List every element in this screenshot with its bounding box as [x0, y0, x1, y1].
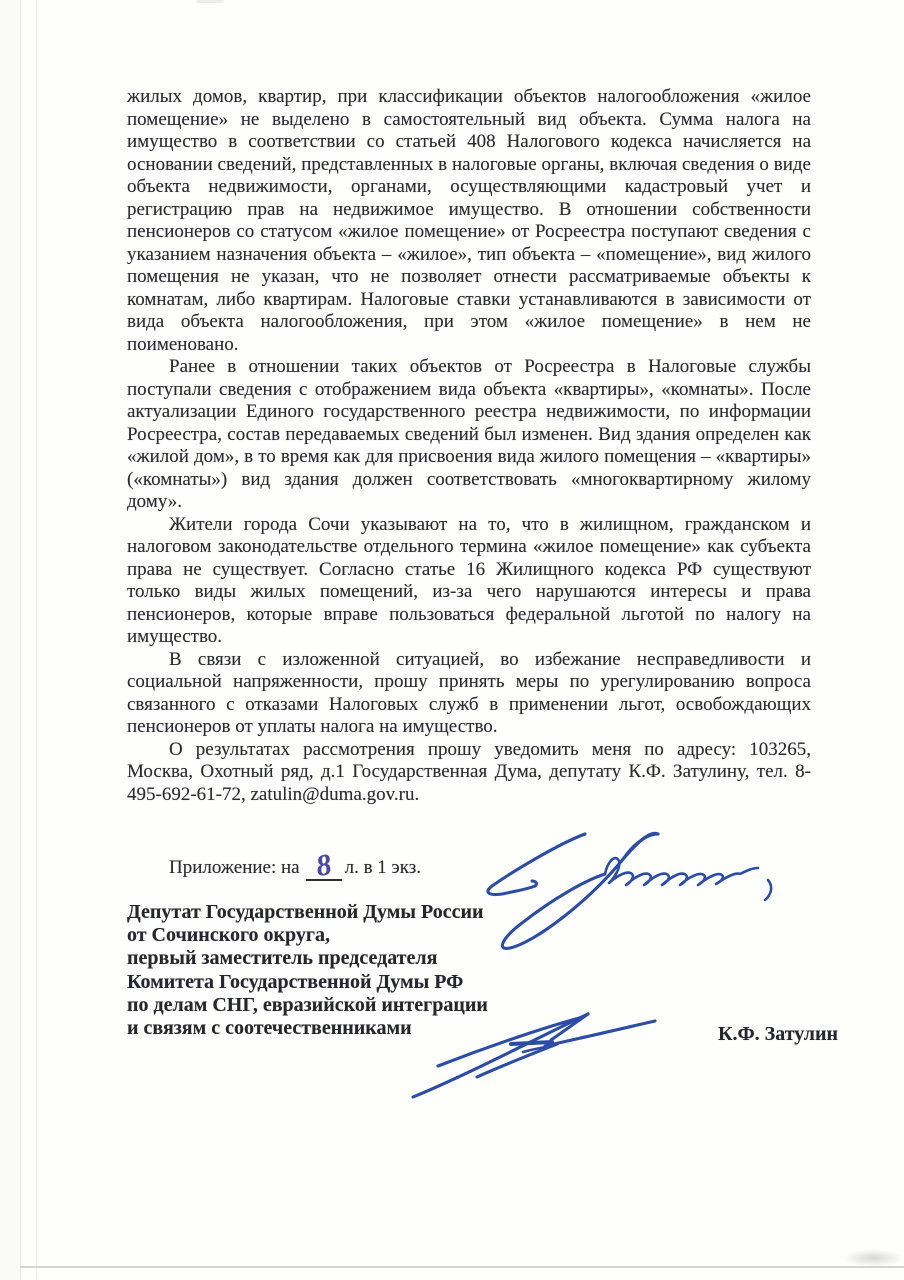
signatory-title-line: от Сочинского округа,: [127, 924, 488, 947]
scan-fold-line: [20, 0, 21, 1280]
scan-bottom-edge: [20, 1266, 904, 1268]
attachment-line: Приложение: на8л. в 1 экз.: [169, 855, 421, 881]
scan-top-smudge: [196, 0, 224, 3]
scanned-letter-page: жилых домов, квартир, при классификации …: [0, 0, 904, 1280]
scan-fold-line: [36, 0, 37, 1280]
signatory-name: К.Ф. Затулин: [718, 1023, 838, 1046]
handwritten-closing-signature: [478, 828, 780, 956]
body-paragraph: О результатах рассмотрения прошу уведоми…: [127, 739, 811, 807]
body-paragraph: Ранее в отношении таких объектов от Роср…: [127, 356, 811, 514]
handwritten-signature: [405, 1003, 661, 1103]
signatory-title-line: первый заместитель председателя: [127, 947, 488, 970]
signatory-title-line: Депутат Государственной Думы России: [127, 901, 488, 924]
signatory-title-line: Комитета Государственной Думы РФ: [127, 971, 488, 994]
scan-left-edge: [0, 0, 20, 1280]
attachment-suffix: л. в 1 экз.: [345, 857, 421, 878]
attachment-sheet-underline: 8: [306, 855, 342, 881]
body-paragraph: Жители города Сочи указывают на то, что …: [127, 514, 811, 649]
handwritten-sheet-count: 8: [315, 856, 333, 876]
attachment-prefix: Приложение: на: [169, 857, 300, 878]
body-paragraph: В связи с изложенной ситуацией, во избеж…: [127, 649, 811, 739]
letter-body: жилых домов, квартир, при классификации …: [127, 86, 811, 806]
scan-corner-smudge: [843, 1249, 904, 1267]
body-paragraph: жилых домов, квартир, при классификации …: [127, 86, 811, 356]
